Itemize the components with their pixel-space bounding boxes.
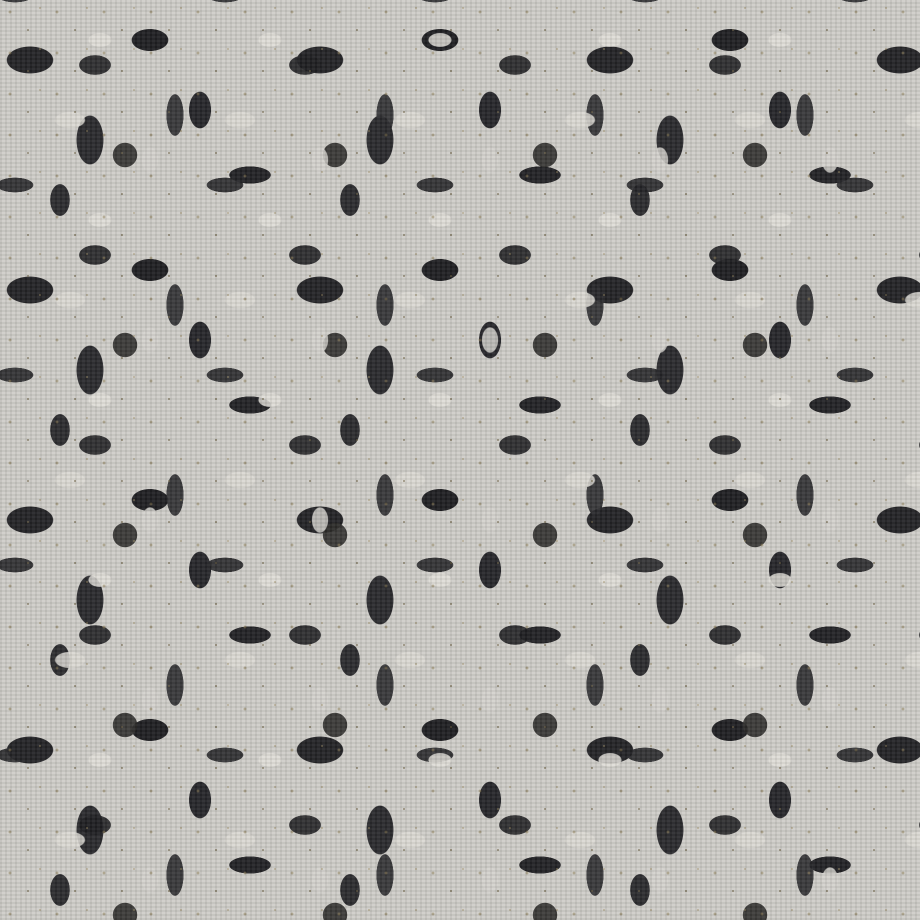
- loop-grain-layer: [0, 0, 920, 920]
- carpet-texture: [0, 0, 920, 920]
